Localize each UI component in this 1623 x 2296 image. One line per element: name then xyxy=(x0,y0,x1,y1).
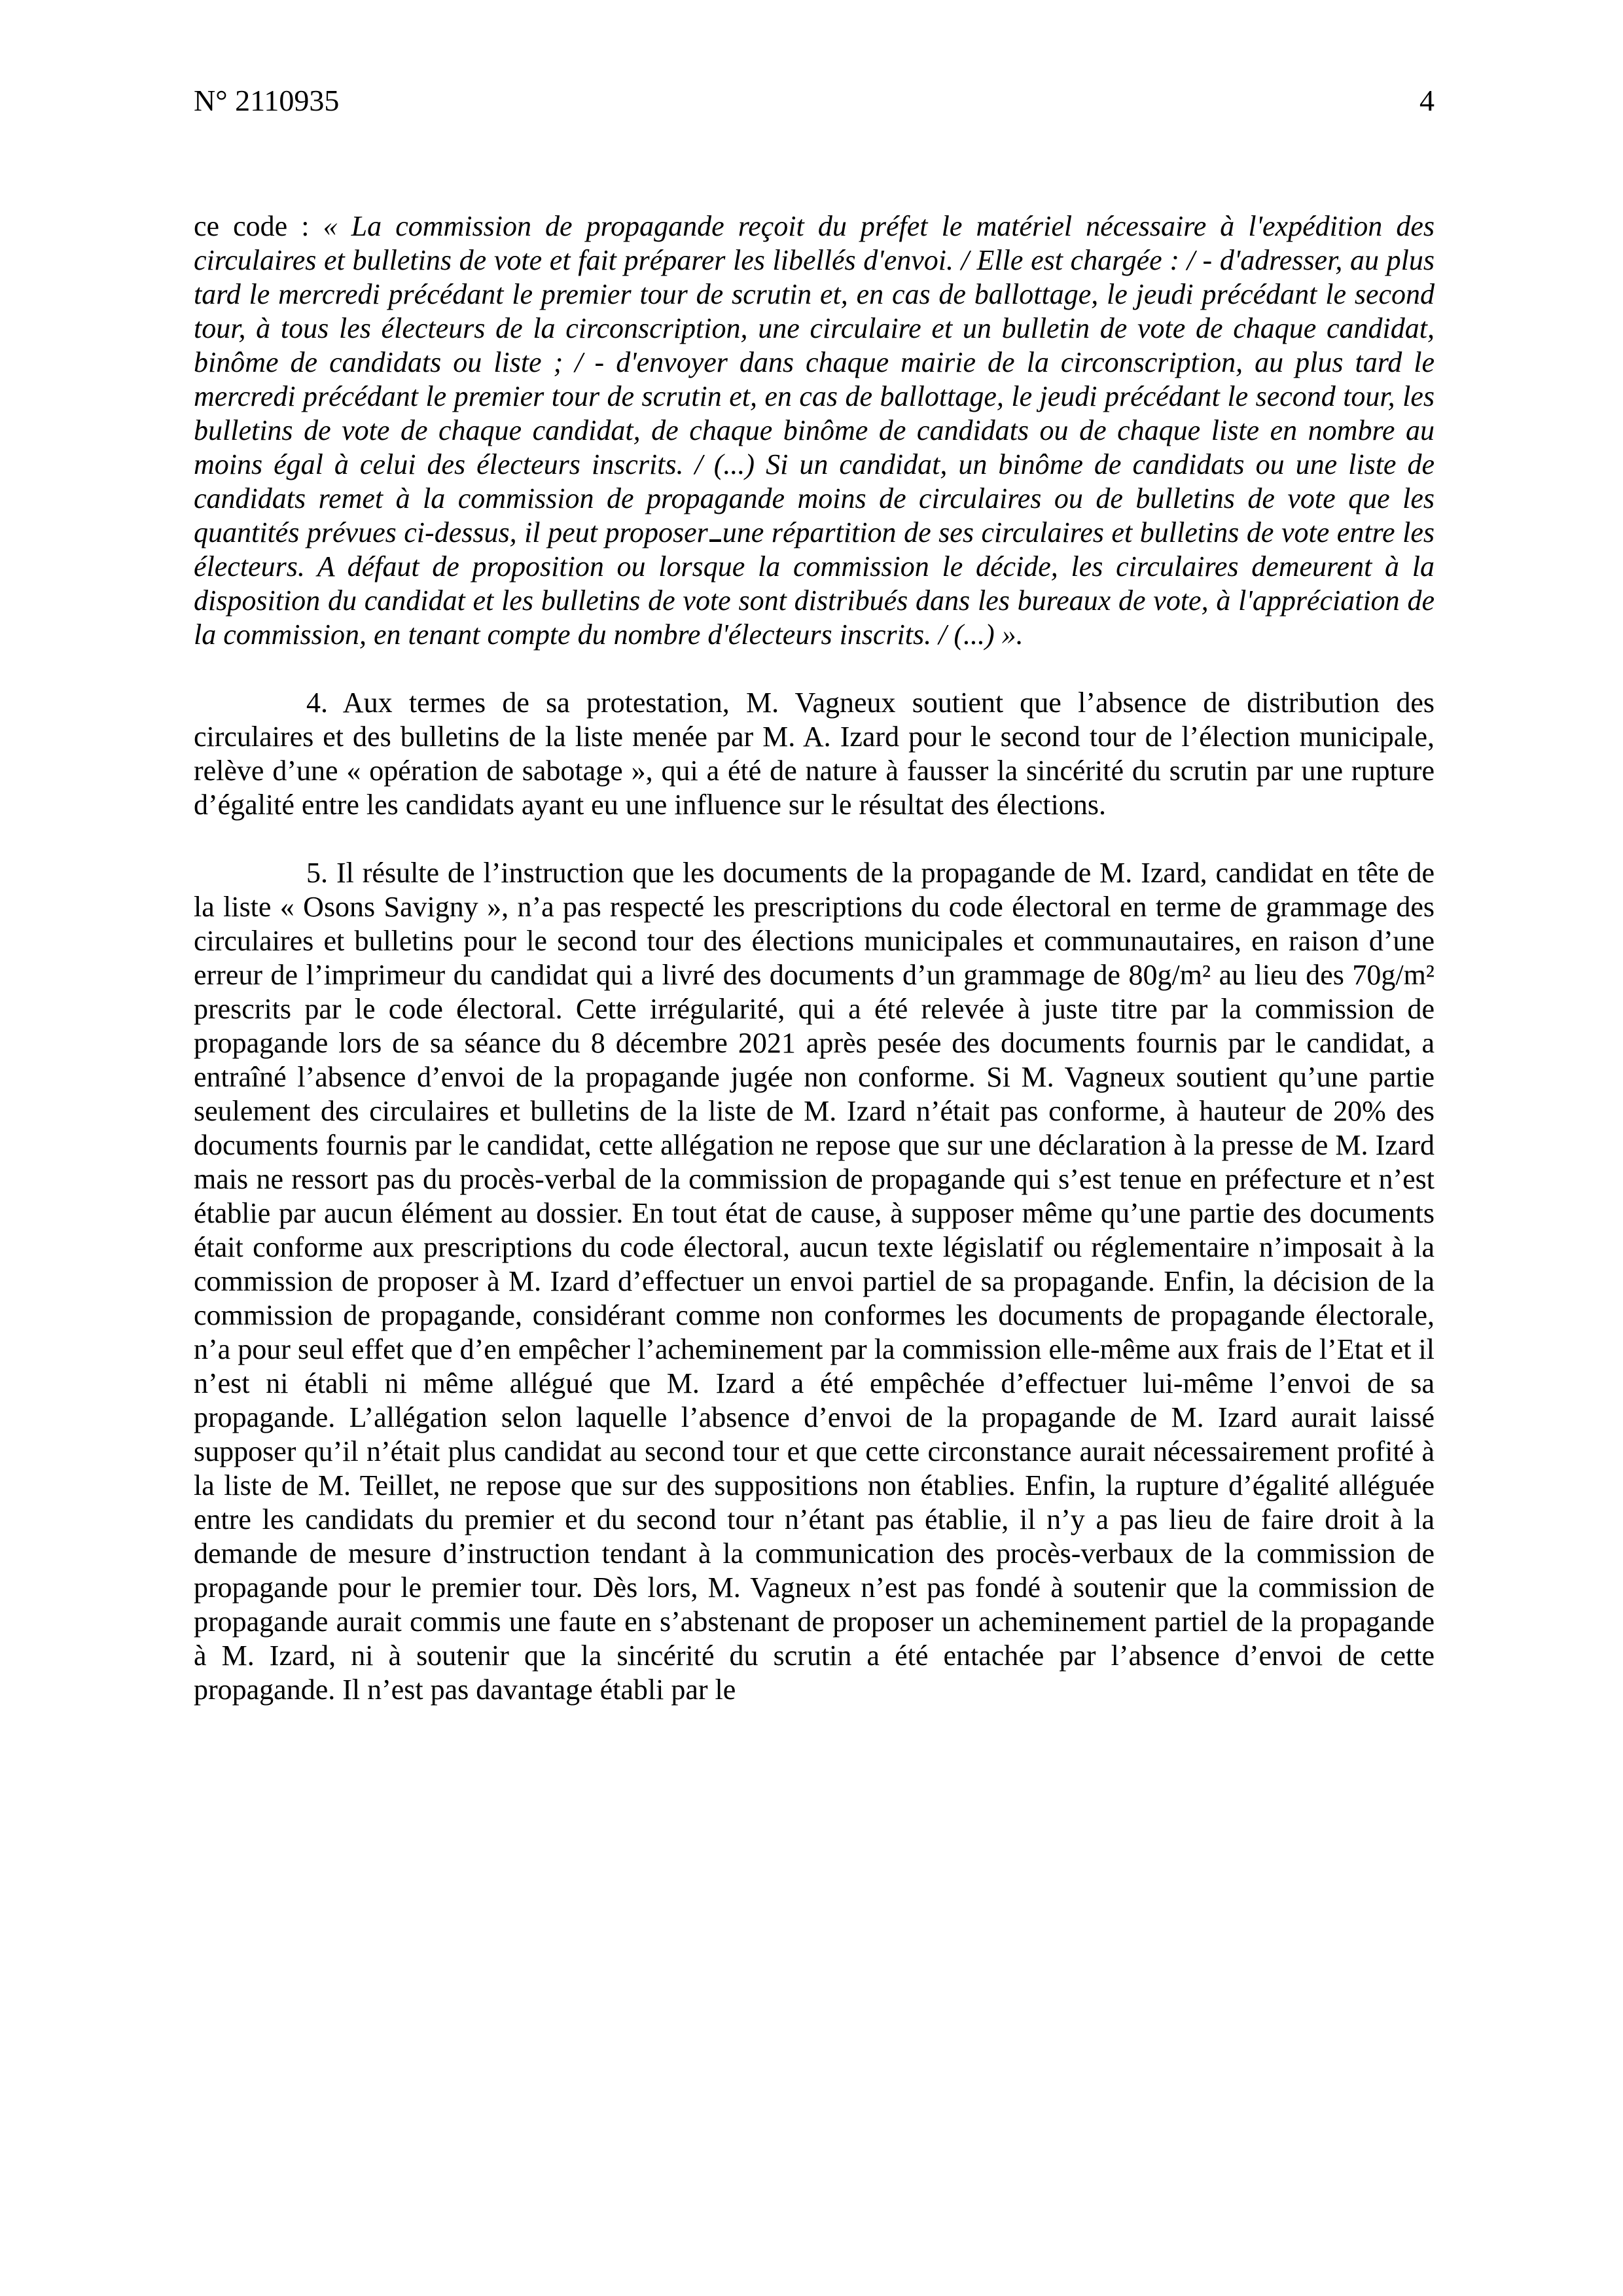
document-page: N° 2110935 4 ce code : « La commission d… xyxy=(0,0,1623,2296)
quote-intro: ce code : xyxy=(194,210,323,242)
document-body: ce code : « La commission de propagande … xyxy=(194,209,1435,1707)
page-header: N° 2110935 4 xyxy=(194,84,1435,118)
paragraph-code-quote: ce code : « La commission de propagande … xyxy=(194,209,1435,652)
paragraph-point-5: 5. Il résulte de l’instruction que les d… xyxy=(194,856,1435,1707)
underline-mark xyxy=(709,534,721,542)
case-number: N° 2110935 xyxy=(194,84,339,118)
quote-italic-part1: « La commission de propagande reçoit du … xyxy=(194,210,1435,548)
paragraph-point-4: 4. Aux termes de sa protestation, M. Vag… xyxy=(194,686,1435,822)
page-number: 4 xyxy=(1419,84,1435,118)
